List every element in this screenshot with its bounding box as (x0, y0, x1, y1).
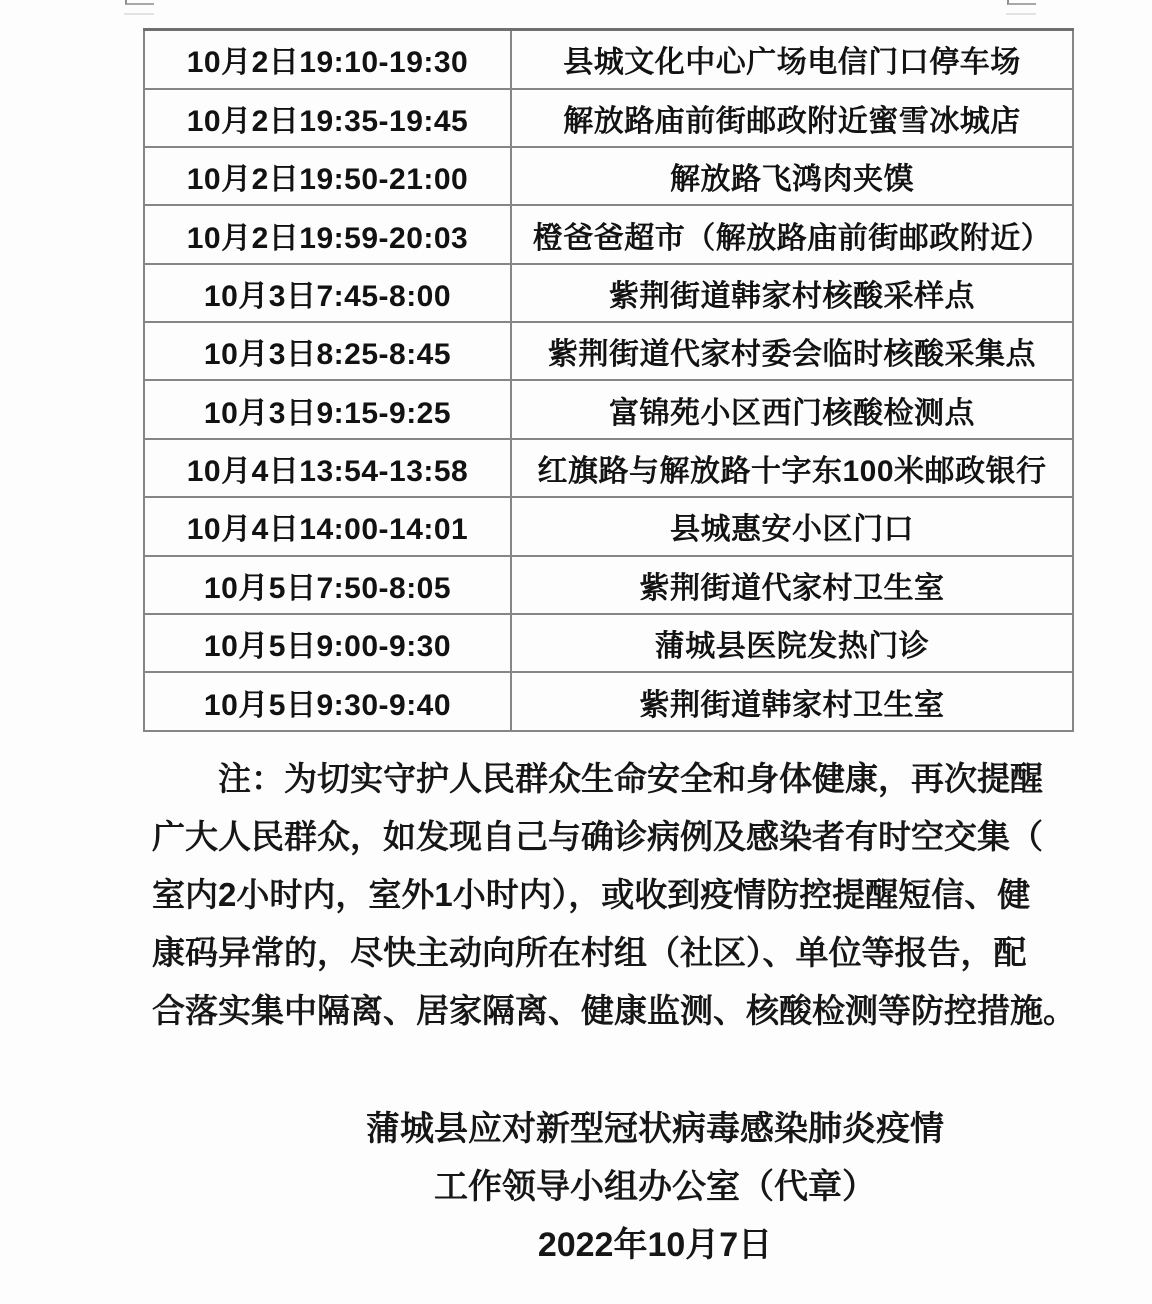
location-cell: 紫荆街道韩家村卫生室 (511, 672, 1073, 731)
location-cell: 解放路庙前街邮政附近蜜雪冰城店 (511, 89, 1073, 147)
issuing-org-line1: 蒲城县应对新型冠状病毒感染肺炎疫情 (150, 1100, 1152, 1158)
note-line: 康码异常的，尽快主动向所在村组（社区）、单位等报告，配 (152, 924, 1017, 982)
cutoff-table-fragment-right (1007, 0, 1036, 5)
cutoff-table-fragment-left (125, 0, 154, 5)
table-row: 10月4日14:00-14:01 县城惠安小区门口 (144, 497, 1073, 555)
time-cell: 10月4日13:54-13:58 (144, 439, 511, 497)
table-row: 10月2日19:10-19:30 县城文化中心广场电信门口停车场 (144, 30, 1073, 89)
table-row: 10月5日9:30-9:40 紫荆街道韩家村卫生室 (144, 672, 1073, 731)
note-line: 室内2小时内，室外1小时内），或收到疫情防控提醒短信、健 (152, 866, 1017, 924)
table-row: 10月5日9:00-9:30 蒲城县医院发热门诊 (144, 614, 1073, 672)
table-row: 10月4日13:54-13:58 红旗路与解放路十字东100米邮政银行 (144, 439, 1073, 497)
note-line: 广大人民群众，如发现自己与确诊病例及感染者有时空交集（ (152, 808, 1017, 866)
time-cell: 10月2日19:59-20:03 (144, 205, 511, 263)
time-cell: 10月3日8:25-8:45 (144, 322, 511, 380)
time-cell: 10月5日9:30-9:40 (144, 672, 511, 731)
location-cell: 富锦苑小区西门核酸检测点 (511, 380, 1073, 438)
table-row: 10月3日8:25-8:45 紫荆街道代家村委会临时核酸采集点 (144, 322, 1073, 380)
table-row: 10月2日19:59-20:03 橙爸爸超市（解放路庙前街邮政附近） (144, 205, 1073, 263)
time-cell: 10月2日19:50-21:00 (144, 147, 511, 205)
time-cell: 10月5日9:00-9:30 (144, 614, 511, 672)
location-cell: 紫荆街道韩家村核酸采样点 (511, 264, 1073, 322)
issuing-org-line2: 工作领导小组办公室（代章） (150, 1158, 1152, 1216)
location-cell: 解放路飞鸿肉夹馍 (511, 147, 1073, 205)
time-cell: 10月5日7:50-8:05 (144, 556, 511, 614)
location-cell: 紫荆街道代家村委会临时核酸采集点 (511, 322, 1073, 380)
signature-block: 蒲城县应对新型冠状病毒感染肺炎疫情 工作领导小组办公室（代章） 2022年10月… (150, 1100, 1152, 1274)
time-cell: 10月2日19:10-19:30 (144, 30, 511, 89)
time-cell: 10月2日19:35-19:45 (144, 89, 511, 147)
fragment-shadow-left (124, 13, 154, 15)
location-cell: 蒲城县医院发热门诊 (511, 614, 1073, 672)
time-cell: 10月4日14:00-14:01 (144, 497, 511, 555)
note-paragraph: 注：为切实守护人民群众生命安全和身体健康，再次提醒 广大人民群众，如发现自己与确… (152, 750, 1017, 1040)
table-row: 10月2日19:35-19:45 解放路庙前街邮政附近蜜雪冰城店 (144, 89, 1073, 147)
location-cell: 紫荆街道代家村卫生室 (511, 556, 1073, 614)
location-cell: 红旗路与解放路十字东100米邮政银行 (511, 439, 1073, 497)
table-row: 10月3日9:15-9:25 富锦苑小区西门核酸检测点 (144, 380, 1073, 438)
location-cell: 县城惠安小区门口 (511, 497, 1073, 555)
issue-date: 2022年10月7日 (150, 1216, 1152, 1274)
time-cell: 10月3日9:15-9:25 (144, 380, 511, 438)
fragment-shadow-right (1006, 13, 1036, 15)
table-row: 10月5日7:50-8:05 紫荆街道代家村卫生室 (144, 556, 1073, 614)
note-line: 注：为切实守护人民群众生命安全和身体健康，再次提醒 (152, 750, 1017, 808)
itinerary-table: 10月2日19:10-19:30 县城文化中心广场电信门口停车场 10月2日19… (143, 28, 1074, 732)
notice-page: 10月2日19:10-19:30 县城文化中心广场电信门口停车场 10月2日19… (0, 0, 1152, 1304)
note-line: 合落实集中隔离、居家隔离、健康监测、核酸检测等防控措施。 (152, 982, 1017, 1040)
table-row: 10月3日7:45-8:00 紫荆街道韩家村核酸采样点 (144, 264, 1073, 322)
location-cell: 县城文化中心广场电信门口停车场 (511, 30, 1073, 89)
time-cell: 10月3日7:45-8:00 (144, 264, 511, 322)
location-cell: 橙爸爸超市（解放路庙前街邮政附近） (511, 205, 1073, 263)
table-row: 10月2日19:50-21:00 解放路飞鸿肉夹馍 (144, 147, 1073, 205)
